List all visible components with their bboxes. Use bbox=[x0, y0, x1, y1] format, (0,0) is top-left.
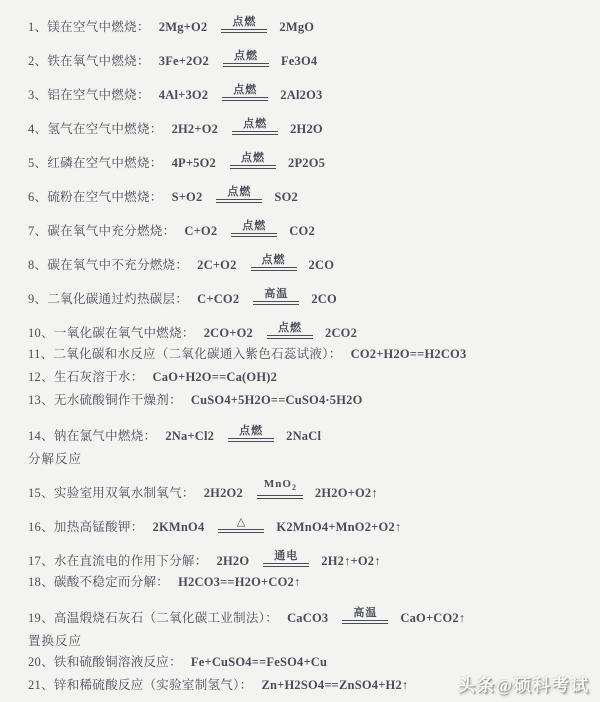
equation-formula: CO2+H2O==H2CO3 bbox=[351, 347, 467, 362]
condition-label: 点燃 bbox=[278, 322, 302, 334]
equation-row: 3、铝在空气中燃烧：4Al+3O2点燃2Al2O3 bbox=[28, 71, 594, 105]
equation-reactants: 2H2O bbox=[217, 554, 250, 569]
equals-double-line bbox=[257, 495, 303, 499]
equation-row: 18、碳酸不稳定而分解：H2CO3==H2O+CO2↑ bbox=[28, 571, 594, 594]
equation-products: K2MnO4+MnO2+O2↑ bbox=[276, 520, 401, 535]
equation-products: 2MgO bbox=[279, 20, 314, 35]
equals-double-line bbox=[230, 165, 276, 169]
watermark: 头条@硕科考试 bbox=[458, 671, 590, 696]
section-header: 置换反应 bbox=[28, 628, 594, 651]
equation-reactants: 4Al+3O2 bbox=[159, 88, 209, 103]
reaction-condition: 点燃 bbox=[221, 16, 267, 33]
reaction-condition: 通电 bbox=[263, 550, 309, 567]
equation-reactants: 2CO+O2 bbox=[204, 326, 253, 341]
equation-label: 5、红磷在空气中燃烧： bbox=[28, 156, 163, 171]
equation-label: 20、铁和硫酸铜溶液反应： bbox=[28, 655, 182, 670]
equation-label: 13、无水硫酸铜作干燥剂： bbox=[28, 393, 182, 408]
condition-label: 点燃 bbox=[233, 84, 257, 96]
condition-subscript: 2 bbox=[292, 483, 296, 492]
equation-row: 10、一氧化碳在氧气中燃烧：2CO+O2点燃2CO2 bbox=[28, 309, 594, 343]
reaction-condition: 点燃 bbox=[267, 322, 313, 339]
equation-label: 2、铁在氧气中燃烧： bbox=[28, 54, 150, 69]
equation-label: 11、二氧化碳和水反应（二氧化碳通入紫色石蕊试液）： bbox=[28, 347, 342, 362]
equation-reactants: 2H2+O2 bbox=[172, 122, 219, 137]
equation-products: 2CO bbox=[309, 258, 335, 273]
equation-row: 5、红磷在空气中燃烧：4P+5O2点燃2P2O5 bbox=[28, 139, 594, 173]
equation-formula: CaO+H2O==Ca(OH)2 bbox=[153, 370, 278, 385]
equals-double-line bbox=[228, 438, 274, 442]
equation-reactants: C+O2 bbox=[184, 224, 217, 239]
equation-products: CO2 bbox=[289, 224, 315, 239]
reaction-condition: △ bbox=[218, 516, 264, 533]
equation-products: 2CO2 bbox=[325, 326, 357, 341]
equation-products: 2NaCl bbox=[286, 429, 321, 444]
equation-label: 12、生石灰溶于水： bbox=[28, 370, 144, 385]
equation-products: SO2 bbox=[274, 190, 298, 205]
equation-formula: Zn+H2SO4==ZnSO4+H2↑ bbox=[261, 678, 408, 693]
equation-label: 21、锌和稀硫酸反应（实验室制氢气）： bbox=[28, 678, 252, 693]
equation-label: 3、铝在空气中燃烧： bbox=[28, 88, 150, 103]
equation-row: 11、二氧化碳和水反应（二氧化碳通入紫色石蕊试液）：CO2+H2O==H2CO3 bbox=[28, 343, 594, 366]
equals-double-line bbox=[222, 97, 268, 101]
condition-label: 高温 bbox=[264, 288, 288, 300]
equation-reactants: 2Na+Cl2 bbox=[165, 429, 214, 444]
section-header-label: 分解反应 bbox=[28, 449, 82, 467]
equals-double-line bbox=[263, 563, 309, 567]
equation-products: 2H2O bbox=[290, 122, 323, 137]
equation-formula: Fe+CuSO4==FeSO4+Cu bbox=[191, 655, 327, 670]
equation-reactants: CaCO3 bbox=[287, 611, 328, 626]
equation-formula: CuSO4+5H2O==CuSO4·5H2O bbox=[191, 393, 363, 408]
equals-double-line bbox=[232, 131, 278, 135]
equals-double-line bbox=[216, 199, 262, 203]
equation-reactants: S+O2 bbox=[172, 190, 203, 205]
equation-row: 15、实验室用双氧水制氧气：2H2O2MnO22H2O+O2↑ bbox=[28, 469, 594, 503]
condition-label: 点燃 bbox=[242, 220, 266, 232]
equation-row: 1、镁在空气中燃烧：2Mg+O2点燃2MgO bbox=[28, 3, 594, 37]
equation-products: 2H2O+O2↑ bbox=[315, 486, 378, 501]
equation-row: 17、水在直流电的作用下分解：2H2O通电2H2↑+O2↑ bbox=[28, 537, 594, 571]
equation-label: 18、碳酸不稳定而分解： bbox=[28, 575, 169, 590]
equation-label: 7、碳在氧气中充分燃烧： bbox=[28, 224, 175, 239]
reaction-condition: 点燃 bbox=[228, 425, 274, 442]
equation-row: 16、加热高锰酸钾：2KMnO4△K2MnO4+MnO2+O2↑ bbox=[28, 503, 594, 537]
equation-label: 17、水在直流电的作用下分解： bbox=[28, 554, 208, 569]
equation-row: 4、氢气在空气中燃烧：2H2+O2点燃2H2O bbox=[28, 105, 594, 139]
reaction-condition: 点燃 bbox=[232, 118, 278, 135]
equation-products: 2Al2O3 bbox=[280, 88, 322, 103]
condition-label: 点燃 bbox=[234, 50, 258, 62]
equals-double-line bbox=[218, 529, 264, 533]
equals-double-line bbox=[253, 301, 299, 305]
equation-row: 6、硫粉在空气中燃烧：S+O2点燃SO2 bbox=[28, 173, 594, 207]
reaction-condition: 点燃 bbox=[230, 152, 276, 169]
condition-label: 点燃 bbox=[232, 16, 256, 28]
equation-reactants: 2Mg+O2 bbox=[159, 20, 208, 35]
equation-products: 2P2O5 bbox=[288, 156, 325, 171]
reaction-condition: 点燃 bbox=[222, 84, 268, 101]
reaction-condition: 点燃 bbox=[223, 50, 269, 67]
equation-products: Fe3O4 bbox=[281, 54, 317, 69]
equation-row: 7、碳在氧气中充分燃烧：C+O2点燃CO2 bbox=[28, 207, 594, 241]
equation-label: 19、高温煅烧石灰石（二氧化碳工业制法）： bbox=[28, 611, 278, 626]
equation-reactants: 3Fe+2O2 bbox=[159, 54, 209, 69]
condition-label: MnO2 bbox=[264, 478, 296, 494]
equation-label: 14、钠在氯气中燃烧： bbox=[28, 429, 156, 444]
equation-label: 8、碳在氧气中不充分燃烧： bbox=[28, 258, 188, 273]
condition-label: 点燃 bbox=[243, 118, 267, 130]
equation-reactants: C+CO2 bbox=[197, 292, 239, 307]
equation-row: 8、碳在氧气中不充分燃烧：2C+O2点燃2CO bbox=[28, 241, 594, 275]
equation-label: 10、一氧化碳在氧气中燃烧： bbox=[28, 326, 195, 341]
equation-reactants: 2H2O2 bbox=[204, 486, 243, 501]
equation-products: 2CO bbox=[311, 292, 337, 307]
equation-label: 9、二氧化碳通过灼热碳层： bbox=[28, 292, 188, 307]
equation-row: 14、钠在氯气中燃烧：2Na+Cl2点燃2NaCl bbox=[28, 412, 594, 446]
condition-label: 点燃 bbox=[227, 186, 251, 198]
equals-double-line bbox=[267, 335, 313, 339]
condition-label: 高温 bbox=[353, 607, 377, 619]
equation-reactants: 2C+O2 bbox=[197, 258, 236, 273]
reaction-condition: 点燃 bbox=[231, 220, 277, 237]
equation-label: 16、加热高锰酸钾： bbox=[28, 520, 144, 535]
equation-label: 4、氢气在空气中燃烧： bbox=[28, 122, 163, 137]
equation-row: 19、高温煅烧石灰石（二氧化碳工业制法）：CaCO3高温CaO+CO2↑ bbox=[28, 594, 594, 628]
equation-row: 13、无水硫酸铜作干燥剂：CuSO4+5H2O==CuSO4·5H2O bbox=[28, 389, 594, 412]
condition-label: 通电 bbox=[274, 550, 298, 562]
equation-reactants: 2KMnO4 bbox=[153, 520, 205, 535]
equals-double-line bbox=[223, 63, 269, 67]
equation-products: CaO+CO2↑ bbox=[400, 611, 465, 626]
equation-label: 1、镁在空气中燃烧： bbox=[28, 20, 150, 35]
equals-double-line bbox=[221, 29, 267, 33]
equation-reactants: 4P+5O2 bbox=[172, 156, 216, 171]
condition-label: 点燃 bbox=[241, 152, 265, 164]
reaction-condition: MnO2 bbox=[257, 478, 303, 499]
equation-formula: H2CO3==H2O+CO2↑ bbox=[178, 575, 300, 590]
equals-double-line bbox=[231, 233, 277, 237]
reaction-condition: 点燃 bbox=[216, 186, 262, 203]
reaction-condition: 高温 bbox=[342, 607, 388, 624]
equals-double-line bbox=[342, 620, 388, 624]
section-header: 分解反应 bbox=[28, 446, 594, 469]
condition-label: △ bbox=[237, 516, 246, 528]
equation-list: 1、镁在空气中燃烧：2Mg+O2点燃2MgO2、铁在氧气中燃烧：3Fe+2O2点… bbox=[0, 0, 600, 697]
equation-row: 12、生石灰溶于水：CaO+H2O==Ca(OH)2 bbox=[28, 366, 594, 389]
equation-row: 9、二氧化碳通过灼热碳层：C+CO2高温2CO bbox=[28, 275, 594, 309]
reaction-condition: 高温 bbox=[253, 288, 299, 305]
equation-label: 15、实验室用双氧水制氧气： bbox=[28, 486, 195, 501]
equation-label: 6、硫粉在空气中燃烧： bbox=[28, 190, 163, 205]
equals-double-line bbox=[251, 267, 297, 271]
condition-label: 点燃 bbox=[239, 425, 263, 437]
equation-products: 2H2↑+O2↑ bbox=[321, 554, 380, 569]
condition-label: 点燃 bbox=[262, 254, 286, 266]
section-header-label: 置换反应 bbox=[28, 631, 82, 649]
reaction-condition: 点燃 bbox=[251, 254, 297, 271]
equation-row: 2、铁在氧气中燃烧：3Fe+2O2点燃Fe3O4 bbox=[28, 37, 594, 71]
